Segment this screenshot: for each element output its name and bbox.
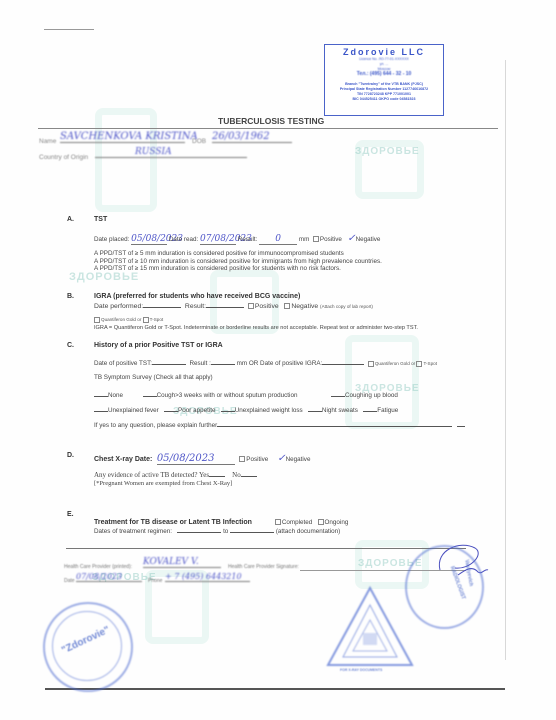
- scan-edge-line: [44, 29, 94, 30]
- attach-note: (Attach copy of lab report): [320, 304, 373, 309]
- name-field[interactable]: SAVCHENKOVA KRISTINA: [60, 131, 185, 143]
- symptom-appetite-field[interactable]: [164, 405, 178, 412]
- provider-phone-field[interactable]: + 7 (495) 6443210: [165, 572, 250, 582]
- result-field[interactable]: 0: [259, 234, 297, 245]
- date-read-field[interactable]: 07/08/2023: [200, 234, 236, 245]
- provider-name-field[interactable]: KOVALEV V.: [143, 557, 221, 568]
- tspot-checkbox[interactable]: [143, 317, 149, 323]
- section-e-letter: E.: [67, 511, 74, 518]
- triangle-seal-text: FOR X-RAY DOCUMENTS: [340, 668, 382, 672]
- explain-field[interactable]: [217, 420, 452, 427]
- symptom-cough-field[interactable]: [143, 390, 157, 397]
- section-c-title: History of a prior Positive TST or IGRA: [94, 342, 223, 349]
- treatment-end-field[interactable]: [230, 526, 274, 533]
- prior-tst-date-field[interactable]: [152, 358, 186, 365]
- prior-igra-date-label: mm OR Date of positive IGRA:: [237, 360, 323, 367]
- provider-row: Health Care Provider (printed):: [64, 564, 132, 570]
- xray-positive-label: Positive: [246, 456, 268, 463]
- watermark-text: ЗДОРОВЬЕ: [69, 271, 139, 283]
- active-tb-yes-field[interactable]: [209, 470, 225, 477]
- symptom-label: Poor appetite: [178, 407, 215, 414]
- provider-date-field[interactable]: 07/08/2023: [76, 572, 142, 582]
- quantiferon-label: Quantiferon Gold or: [101, 317, 141, 322]
- prior-quantiferon-checkbox[interactable]: [368, 361, 374, 367]
- section-c-letter: C.: [67, 342, 74, 349]
- prior-result-field[interactable]: [211, 358, 235, 365]
- section-a-title: TST: [94, 216, 107, 223]
- dob-label: DOB: [192, 138, 206, 145]
- prior-result-label: Result :: [189, 360, 210, 367]
- watermark-cross-shape: [345, 335, 419, 429]
- symptoms-row-2: Unexplained fever Poor appetite Unexplai…: [94, 405, 398, 414]
- provider-signature-label: Health Care Provider Signature:: [228, 564, 299, 570]
- scan-edge-bottom: [45, 688, 505, 690]
- symptom-label: Unexplained fever: [108, 407, 159, 414]
- explain-row: If yes to any question, please explain f…: [94, 420, 465, 429]
- section-e-title: Treatment for TB disease or Latent TB In…: [94, 519, 252, 526]
- active-tb-no-field[interactable]: [241, 470, 257, 477]
- positive-label: Positive: [320, 236, 342, 243]
- prior-quantiferon-label: Quantiferon Gold or: [375, 361, 415, 366]
- igra-date-label: Date performed:: [94, 303, 143, 310]
- prior-igra-date-field[interactable]: [322, 358, 364, 365]
- symptom-blood-field[interactable]: [331, 390, 345, 397]
- provider-name-label: Health Care Provider (printed):: [64, 564, 132, 570]
- igra-positive-label: Positive: [255, 303, 279, 310]
- positive-checkbox[interactable]: [313, 236, 319, 242]
- igra-note: IGRA = Quantiferon Gold or T-Spot. Indet…: [94, 325, 418, 331]
- explain-label: If yes to any question, please explain f…: [94, 422, 217, 429]
- criteria-line: A PPD/TST of ≥ 15 mm induration is consi…: [94, 265, 382, 273]
- watermark-text: ЗДОРОВЬЕ: [355, 146, 420, 157]
- section-b-title: IGRA (preferred for students who have re…: [94, 293, 300, 300]
- xray-negative-checkmark-icon[interactable]: ✓: [277, 453, 285, 464]
- igra-negative-checkbox[interactable]: [284, 303, 290, 309]
- prior-tspot-checkbox[interactable]: [416, 361, 422, 367]
- country-field[interactable]: RUSSIA: [95, 147, 247, 158]
- page-title: TUBERCULOSIS TESTING: [218, 116, 324, 126]
- symptoms-row-1: None Cough>3 weeks with or without sputu…: [94, 390, 398, 399]
- symptom-label: Cough>3 weeks with or without sputum pro…: [157, 392, 298, 399]
- watermark-cross-shape: [95, 108, 157, 212]
- quantiferon-checkbox[interactable]: [94, 317, 100, 323]
- igra-result-field[interactable]: [206, 301, 244, 308]
- date-placed-field[interactable]: 05/08/2023: [131, 234, 167, 245]
- symptom-weight-field[interactable]: [221, 405, 235, 412]
- radiologist-round-seal: [405, 545, 484, 629]
- negative-label: Negative: [356, 236, 381, 243]
- tspot-label: T-Spot: [150, 317, 164, 322]
- symptom-label: Unexplained weight loss: [235, 407, 303, 414]
- provider-phone-label: Phone: [148, 578, 162, 584]
- result-label: Result:: [238, 236, 258, 243]
- scan-edge-right: [505, 60, 506, 660]
- tst-criteria: A PPD/TST of ≥ 5 mm induration is consid…: [94, 250, 382, 273]
- completed-checkbox[interactable]: [275, 519, 281, 525]
- scanned-document-page: ЗДОРОВЬЕ ЗДОРОВЬЕ ЗДОРОВЬЕ ЗДОРОВЬЕ ЗДОР…: [0, 0, 556, 720]
- date-read-label: Date read:: [169, 236, 198, 243]
- ongoing-checkbox[interactable]: [318, 519, 324, 525]
- treatment-dates-row: Dates of treatment regimen: to (attach d…: [94, 526, 340, 535]
- xray-positive-checkbox[interactable]: [239, 456, 245, 462]
- prior-tspot-label: T-Spot: [423, 361, 437, 366]
- tst-row: Date placed: 05/08/2023 Date read: 07/08…: [94, 233, 380, 245]
- treatment-start-field[interactable]: [177, 526, 221, 533]
- name-label: Name: [39, 138, 56, 145]
- pregnancy-note: [*Pregnant Women are exempted from Chest…: [94, 480, 232, 487]
- prior-tst-date-label: Date of positive TST:: [94, 360, 152, 367]
- completed-label: Completed: [282, 519, 312, 526]
- ongoing-label: Ongoing: [325, 519, 349, 526]
- symptom-none-field[interactable]: [94, 390, 108, 397]
- stamp-company-name: Zdorovie LLC: [325, 47, 443, 57]
- active-tb-no-label: No: [232, 471, 241, 479]
- negative-checkmark-icon[interactable]: ✓: [347, 233, 355, 244]
- stamp-line: [325, 77, 443, 82]
- provider-date-label: Date: [64, 578, 75, 584]
- date-placed-label: Date placed:: [94, 236, 129, 243]
- igra-type-row: Quantiferon Gold or T-Spot: [94, 317, 163, 323]
- to-label: to: [223, 528, 228, 535]
- igra-date-field[interactable]: [143, 301, 181, 308]
- symptom-survey-title: TB Symptom Survey (Check all that apply): [94, 374, 213, 381]
- attach-documentation-label: (attach documentation): [276, 528, 340, 535]
- dob-field[interactable]: 26/03/1962: [212, 131, 292, 143]
- igra-row: Date performed: Result: Positive Negativ…: [94, 301, 373, 310]
- symptom-label: Fatigue: [377, 407, 398, 414]
- symptom-label: None: [108, 392, 123, 399]
- active-tb-question: Any evidence of active TB detected? Yes: [94, 471, 209, 479]
- xray-negative-label: Negative: [286, 456, 311, 463]
- company-stamp: Zdorovie LLC Licence No. ЛО-77-01-XXXXXX…: [324, 44, 444, 116]
- treatment-dates-label: Dates of treatment regimen:: [94, 528, 172, 535]
- symptom-label: Night sweats: [322, 407, 358, 414]
- symptom-sweats-field[interactable]: [308, 405, 322, 412]
- symptom-fatigue-field[interactable]: [363, 405, 377, 412]
- xray-date-label: Chest X-ray Date:: [94, 456, 152, 463]
- criteria-line: A PPD/TST of ≥ 5 mm induration is consid…: [94, 250, 382, 258]
- section-a-letter: A.: [67, 216, 74, 223]
- igra-negative-label: Negative: [291, 303, 318, 310]
- section-b-letter: B.: [67, 293, 74, 300]
- title-divider: [38, 128, 498, 129]
- country-label: Country of Origin: [39, 154, 88, 161]
- xray-row: Chest X-ray Date: 05/08/2023 Positive ✓N…: [94, 448, 310, 466]
- symptom-fever-field[interactable]: [94, 405, 108, 412]
- triangle-seal-icon: [325, 585, 415, 670]
- stamp-bic-okpo: BIC 044525411 OKPO code 04581523: [325, 97, 443, 102]
- unit-label: mm: [299, 236, 310, 243]
- section-d-letter: D.: [67, 452, 74, 459]
- igra-positive-checkbox[interactable]: [248, 303, 254, 309]
- criteria-line: A PPD/TST of ≥ 10 mm induration is consi…: [94, 258, 382, 266]
- symptom-label: Coughing up blood: [345, 392, 398, 399]
- section-divider: [66, 548, 466, 549]
- igra-result-label: Result:: [185, 303, 206, 310]
- active-tb-row: Any evidence of active TB detected? Yes …: [94, 470, 257, 479]
- xray-date-field[interactable]: 05/08/2023: [157, 453, 235, 465]
- prior-positive-row: Date of positive TST: Result : mm OR Dat…: [94, 358, 437, 367]
- explain-field-end: [457, 420, 465, 427]
